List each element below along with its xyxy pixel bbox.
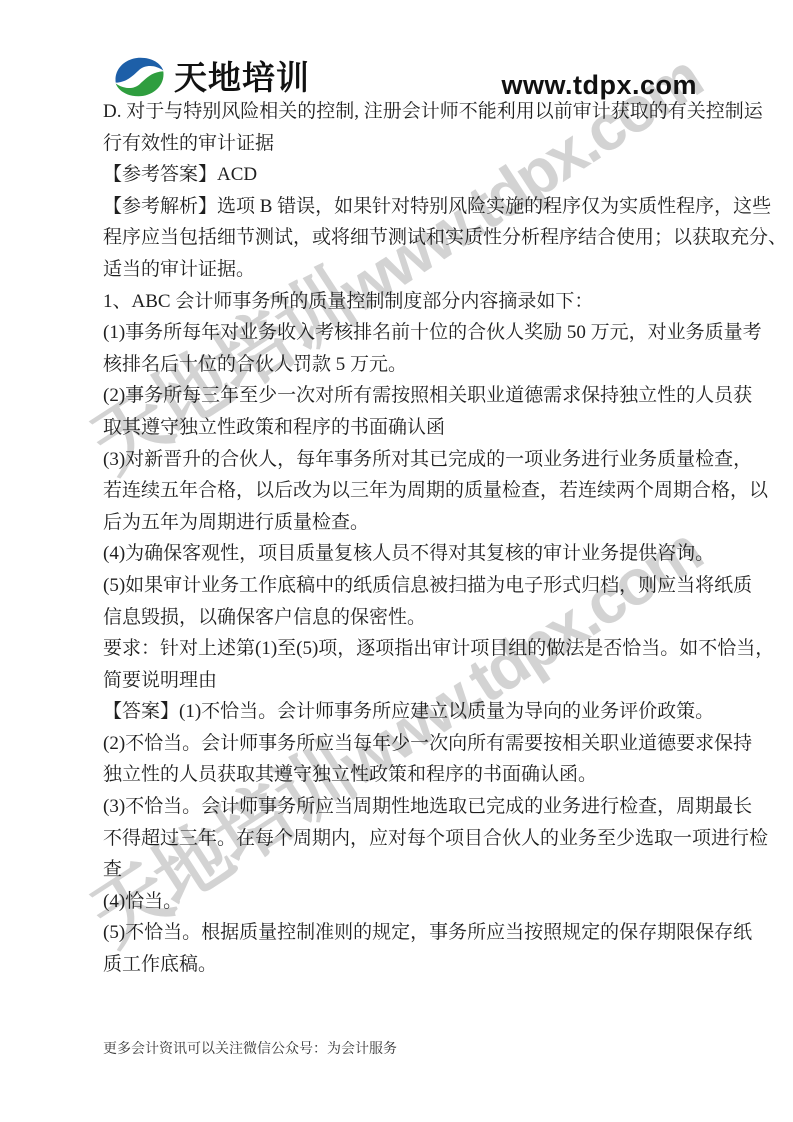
body-text-line: 不得超过三年。在每个周期内，应对每个项目合伙人的业务至少选取一项进行检: [103, 823, 703, 855]
body-text-line: 行有效性的审计证据: [103, 128, 703, 160]
body-text-line: (3)不恰当。会计师事务所应当周期性地选取已完成的业务进行检查，周期最长: [103, 791, 703, 823]
body-text-line: (4)为确保客观性，项目质量复核人员不得对其复核的审计业务提供咨询。: [103, 538, 703, 570]
body-text-line: (2)不恰当。会计师事务所应当每年少一次向所有需要按相关职业道德要求保持: [103, 728, 703, 760]
body-text-line: 【答案】(1)不恰当。会计师事务所应建立以质量为导向的业务评价政策。: [103, 696, 703, 728]
body-text-line: (5)不恰当。根据质量控制准则的规定，事务所应当按照规定的保存期限保存纸: [103, 917, 703, 949]
body-text-line: 核排名后十位的合伙人罚款 5 万元。: [103, 349, 703, 381]
body-text-line: 【参考解析】选项 B 错误，如果针对特别风险实施的程序仅为实质性程序，这些: [103, 191, 703, 223]
body-text-line: (1)事务所每年对业务收入考核排名前十位的合伙人奖励 50 万元，对业务质量考: [103, 317, 703, 349]
body-text-line: 若连续五年合格，以后改为以三年为周期的质量检查，若连续两个周期合格，以: [103, 475, 703, 507]
document-body: D. 对于与特别风险相关的控制, 注册会计师不能利用以前审计获取的有关控制运行有…: [103, 96, 703, 981]
body-text-line: (4)恰当。: [103, 886, 703, 918]
document-page: 天地培训www.tdpx.com 天地培训www.tdpx.com 天地培训 w…: [0, 0, 793, 1122]
brand-swirl-icon: [112, 54, 167, 100]
body-text-line: 【参考答案】ACD: [103, 159, 703, 191]
body-text-line: 适当的审计证据。: [103, 254, 703, 286]
body-text-line: 查: [103, 854, 703, 886]
body-text-line: 取其遵守独立性政策和程序的书面确认函: [103, 412, 703, 444]
body-text-line: 1、ABC 会计师事务所的质量控制制度部分内容摘录如下：: [103, 286, 703, 318]
brand-logo: 天地培训: [112, 54, 310, 100]
body-text-line: (5)如果审计业务工作底稿中的纸质信息被扫描为电子形式归档，则应当将纸质: [103, 570, 703, 602]
footer-note: 更多会计资讯可以关注微信公众号：为会计服务: [103, 1038, 397, 1058]
body-text-line: 程序应当包括细节测试，或将细节测试和实质性分析程序结合使用；以获取充分、: [103, 222, 703, 254]
body-text-line: 独立性的人员获取其遵守独立性政策和程序的书面确认函。: [103, 759, 703, 791]
body-text-line: (3)对新晋升的合伙人，每年事务所对其已完成的一项业务进行业务质量检查，: [103, 444, 703, 476]
body-text-line: 信息毁损，以确保客户信息的保密性。: [103, 602, 703, 634]
body-text-line: 后为五年为周期进行质量检查。: [103, 507, 703, 539]
body-text-line: 简要说明理由: [103, 665, 703, 697]
body-text-line: 质工作底稿。: [103, 949, 703, 981]
brand-name: 天地培训: [174, 61, 310, 94]
body-text-line: (2)事务所每三年至少一次对所有需按照相关职业道德需求保持独立性的人员获: [103, 380, 703, 412]
body-text-line: D. 对于与特别风险相关的控制, 注册会计师不能利用以前审计获取的有关控制运: [103, 96, 703, 128]
body-text-line: 要求：针对上述第(1)至(5)项，逐项指出审计项目组的做法是否恰当。如不恰当，: [103, 633, 703, 665]
